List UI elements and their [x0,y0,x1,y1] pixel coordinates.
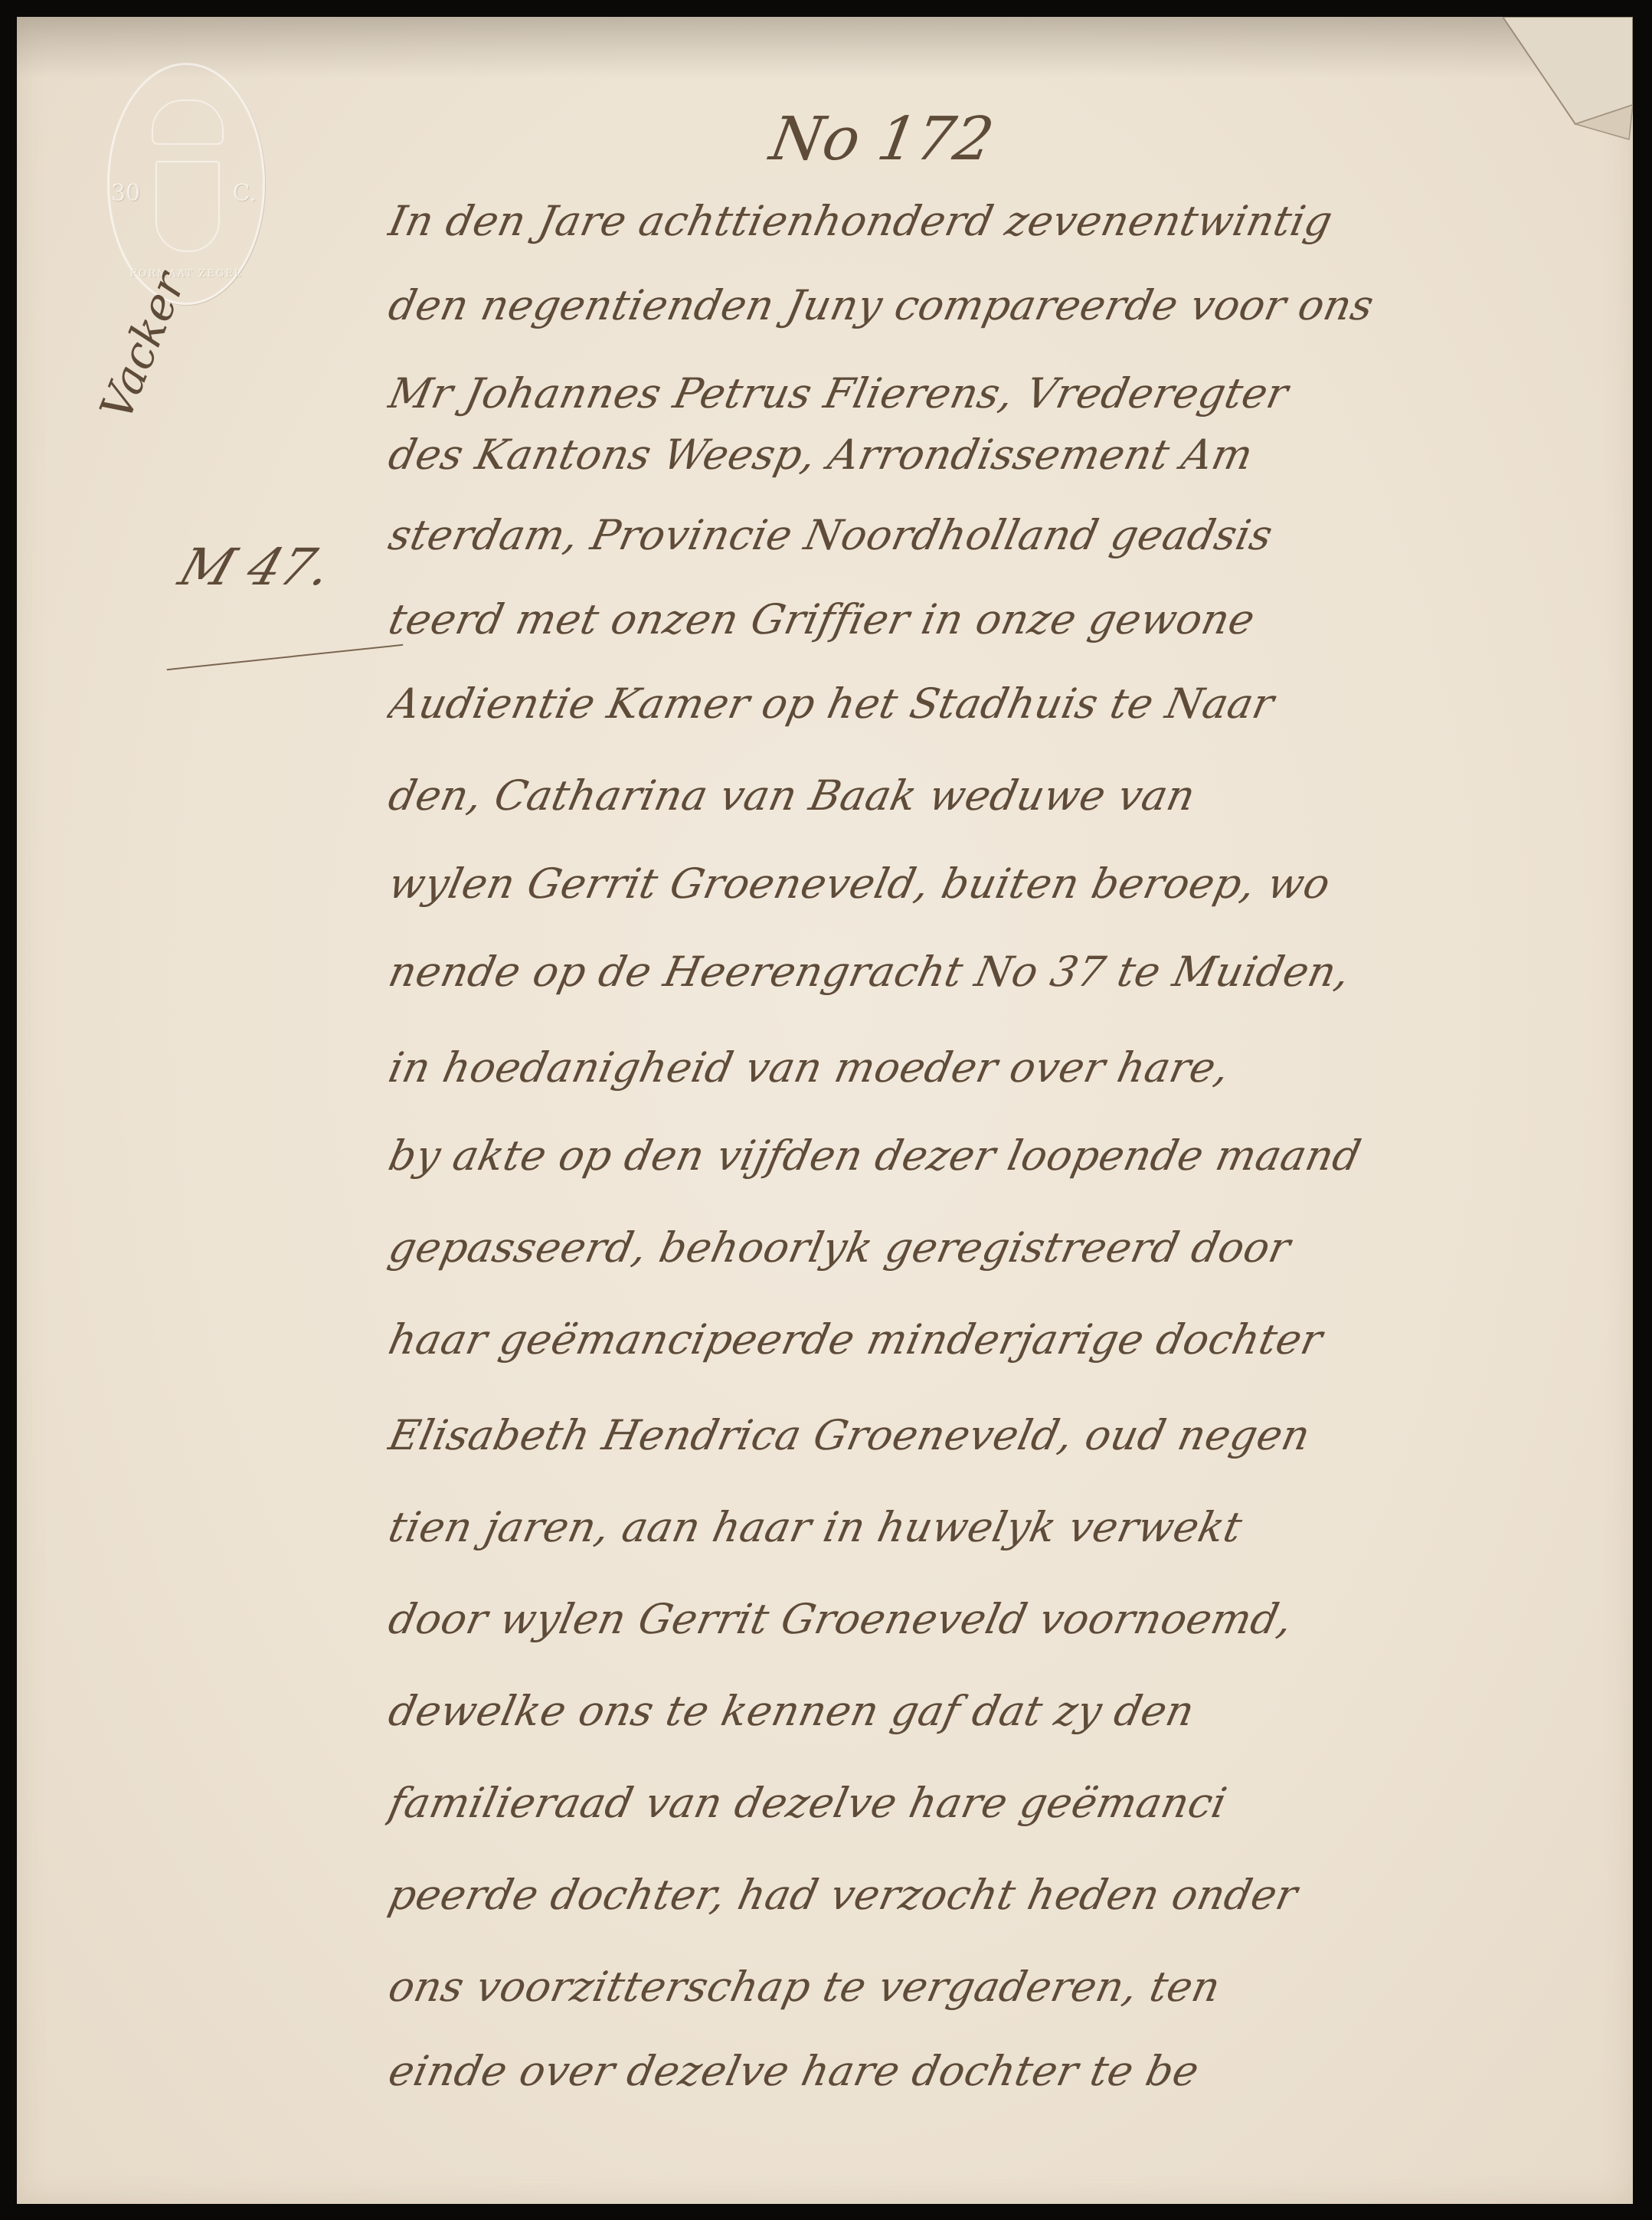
text-line: teerd met onzen Griffier in onze gewone [384,595,1643,643]
margin-annotation: Vacker [90,265,195,427]
embossed-tax-stamp: 30 C. FORMAAT ZEGEL [107,63,265,305]
text-line: nende op de Heerengracht No 37 te Muiden… [384,948,1643,996]
margin-underline [167,644,404,670]
document-number: No 172 [765,105,999,174]
text-line: dewelke ons te kennen gaf dat zy den [384,1687,1643,1735]
text-line: sterdam, Provincie Noordholland geadsis [384,511,1643,559]
text-line: In den Jare achttienhonderd zevenentwint… [384,197,1643,245]
crown-icon [152,100,224,145]
text-line: einde over dezelve hare dochter te be [384,2047,1643,2095]
document-page: 30 C. FORMAAT ZEGEL No 172 Vacker M 47. … [17,17,1633,2204]
stamp-currency: C. [233,180,257,207]
text-line: den, Catharina van Baak weduwe van [384,771,1643,820]
stamp-value: 30 [111,180,140,207]
text-line: gepasseerd, behoorlyk geregistreerd door [384,1223,1643,1272]
text-line: tien jaren, aan haar in huwelyk verwekt [384,1503,1643,1551]
folded-corner [1503,17,1633,155]
text-line: Mr Johannes Petrus Flierens, Vrederegter [384,369,1643,417]
margin-record-number: M 47. [172,538,339,597]
text-line: peerde dochter, had verzocht heden onder [384,1871,1643,1919]
coat-of-arms-icon [155,161,220,252]
text-line: familieraad van dezelve hare geëmanci [384,1779,1643,1827]
text-line: in hoedanigheid van moeder over hare, [384,1043,1643,1092]
paper-stain [17,17,1633,78]
text-line: des Kantons Weesp, Arrondissement Am [384,431,1643,479]
text-line: wylen Gerrit Groeneveld, buiten beroep, … [384,860,1643,908]
text-line: by akte op den vijfden dezer loopende ma… [384,1131,1643,1180]
text-line: ons voorzitterschap te vergaderen, ten [384,1963,1643,2011]
text-line: den negentienden Juny compareerde voor o… [384,281,1643,329]
text-line: haar geëmancipeerde minderjarige dochter [384,1315,1643,1364]
text-line: Elisabeth Hendrica Groeneveld, oud negen [384,1411,1643,1459]
text-line: Audientie Kamer op het Stadhuis te Naar [384,679,1643,728]
text-line: door wylen Gerrit Groeneveld voornoemd, [384,1595,1643,1643]
